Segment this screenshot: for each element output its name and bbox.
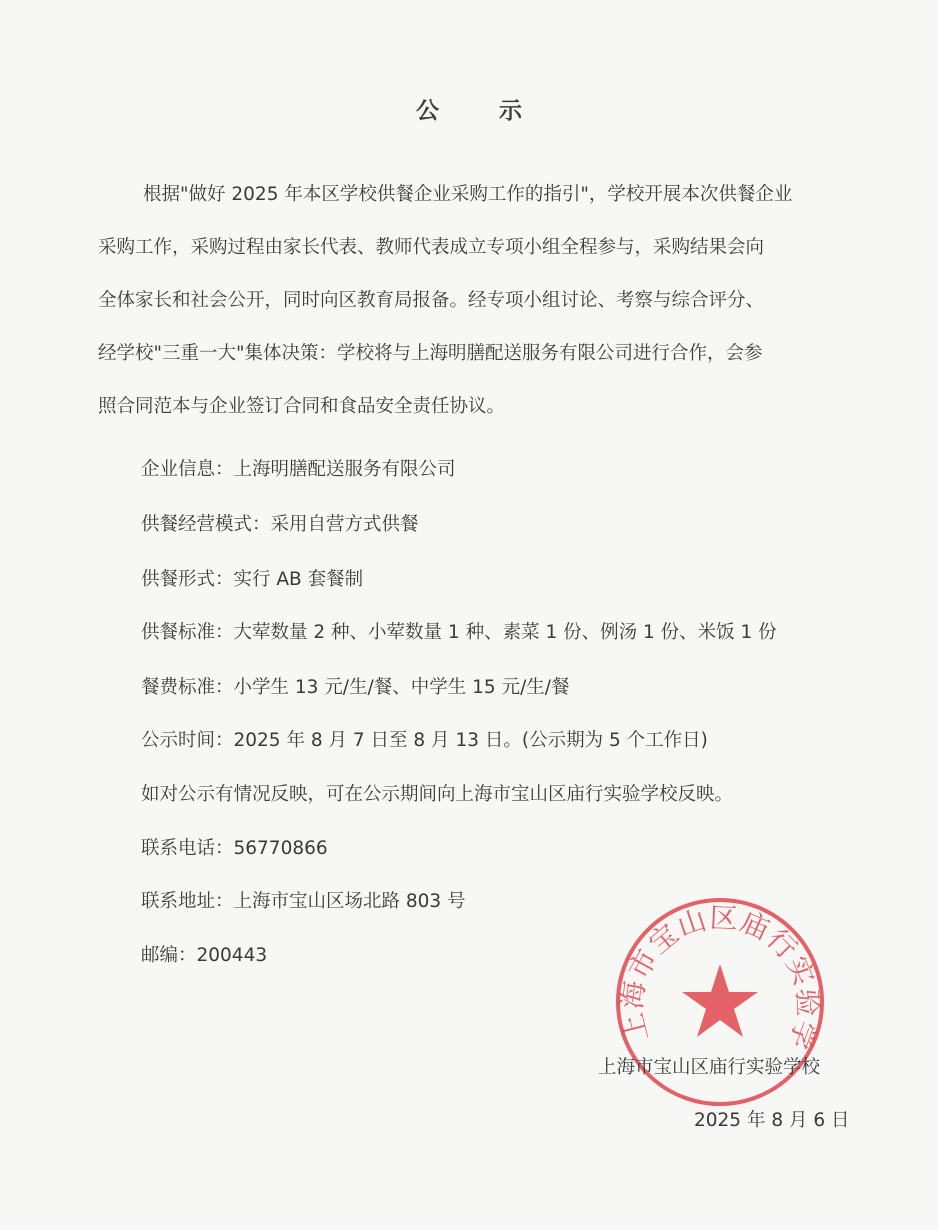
signature-organization: 上海市宝山区庙行实验学校 <box>598 1053 820 1079</box>
notice-period: 公示时间：2025 年 8 月 7 日至 8 月 13 日。(公示期为 5 个工… <box>141 726 708 752</box>
notice-document: 公示 根据"做好 2025 年本区学校供餐企业采购工作的指引"，学校开展本次供餐… <box>0 0 938 1230</box>
intro-line: 照合同范本与企业签订合同和食品安全责任协议。 <box>98 392 505 418</box>
intro-line: 根据"做好 2025 年本区学校供餐企业采购工作的指引"，学校开展本次供餐企业 <box>143 180 792 206</box>
meal-standard: 供餐标准：大荤数量 2 种、小荤数量 1 种、素菜 1 份、例汤 1 份、米饭 … <box>141 618 777 644</box>
intro-line: 采购工作，采购过程由家长代表、教师代表成立专项小组全程参与，采购结果会向 <box>98 233 764 259</box>
operation-mode: 供餐经营模式：采用自营方式供餐 <box>141 510 419 536</box>
intro-line: 全体家长和社会公开，同时向区教育局报备。经专项小组讨论、考察与综合评分、 <box>98 286 764 312</box>
contact-address: 联系地址：上海市宝山区场北路 803 号 <box>141 887 466 913</box>
feedback-info: 如对公示有情况反映，可在公示期间向上海市宝山区庙行实验学校反映。 <box>141 780 733 806</box>
meal-format: 供餐形式：实行 AB 套餐制 <box>141 565 363 591</box>
document-title: 公示 <box>0 92 938 125</box>
intro-line: 经学校"三重一大"集体决策：学校将与上海明膳配送服务有限公司进行合作，会参 <box>98 339 763 365</box>
star-icon <box>682 964 758 1037</box>
postal-code: 邮编：200443 <box>141 941 267 967</box>
contact-phone: 联系电话：56770866 <box>141 834 328 860</box>
fee-standard: 餐费标准：小学生 13 元/生/餐、中学生 15 元/生/餐 <box>141 673 570 699</box>
company-info: 企业信息：上海明膳配送服务有限公司 <box>141 455 456 481</box>
signature-date: 2025 年 8 月 6 日 <box>694 1106 850 1132</box>
